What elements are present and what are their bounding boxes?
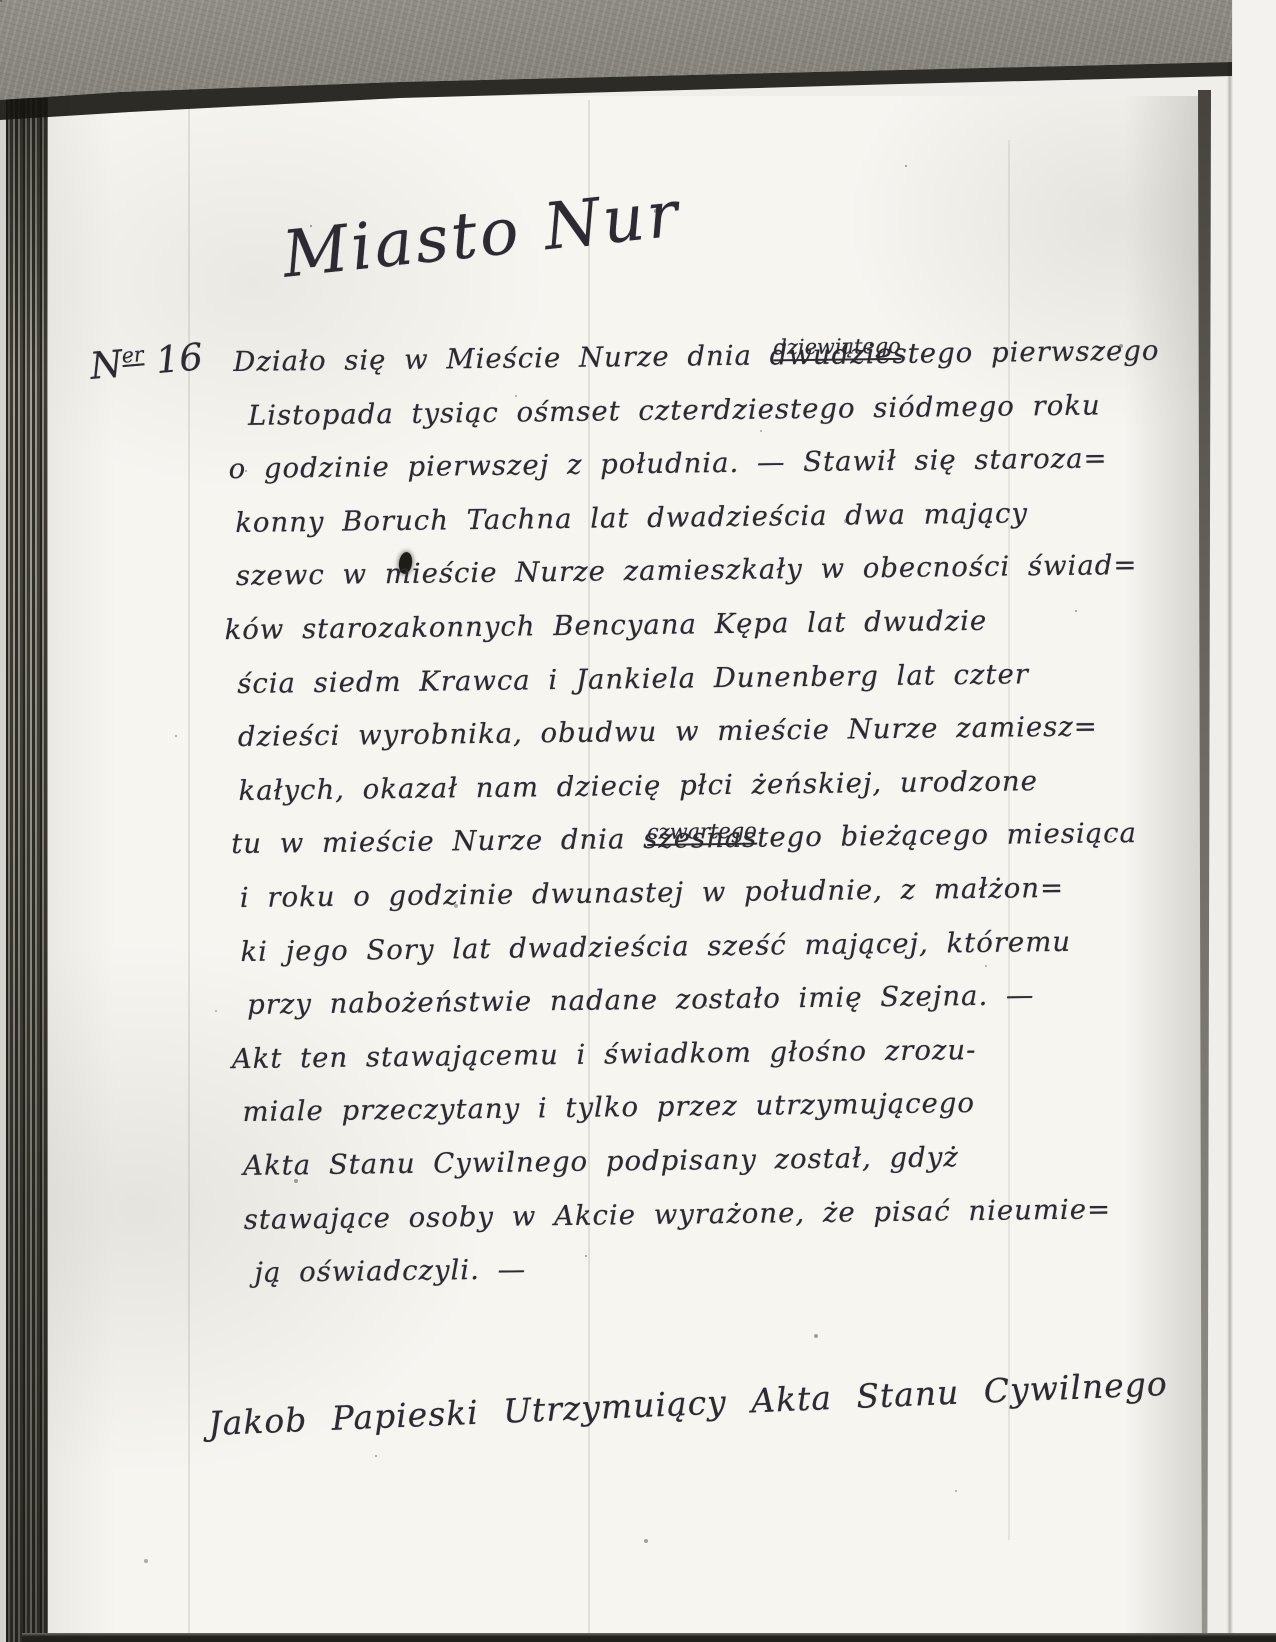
manuscript-body: Działo się w Mieście Nurze dnia dziewiąt… bbox=[233, 325, 1160, 1301]
record-number-prefix: N bbox=[88, 342, 124, 388]
scan-right-margin bbox=[1233, 0, 1276, 1642]
manuscript-line: ją oświadczyli. — bbox=[254, 1236, 1160, 1301]
scan-speckles bbox=[0, 0, 2, 2]
interlinear-insertion: dziewiątego bbox=[773, 335, 900, 362]
interlinear-correction: dziewiątegodwudziestego bbox=[769, 327, 973, 383]
interlinear-insertion: czwartego bbox=[647, 819, 757, 845]
page-crease bbox=[188, 100, 190, 1642]
manuscript-line: stawające osoby w Akcie wyrażone, że pis… bbox=[243, 1182, 1159, 1247]
record-number-value: 16 bbox=[154, 335, 205, 382]
page-right-edge-secondary bbox=[1227, 0, 1233, 1642]
manuscript-line: przy nabożeństwie nadane zostało imię Sz… bbox=[247, 968, 1157, 1033]
document-scan: Miasto Nur Ner 16 Działo się w Mieście N… bbox=[0, 0, 1276, 1642]
record-number-sup: er bbox=[121, 342, 145, 368]
manuscript-line: szewc w mieście Nurze zamieszkały w obec… bbox=[236, 539, 1152, 604]
interlinear-correction: czwartegoszesnastego bbox=[643, 811, 823, 867]
scan-bottom-edge bbox=[22, 1633, 1276, 1642]
book-binding-edge bbox=[6, 98, 48, 1642]
